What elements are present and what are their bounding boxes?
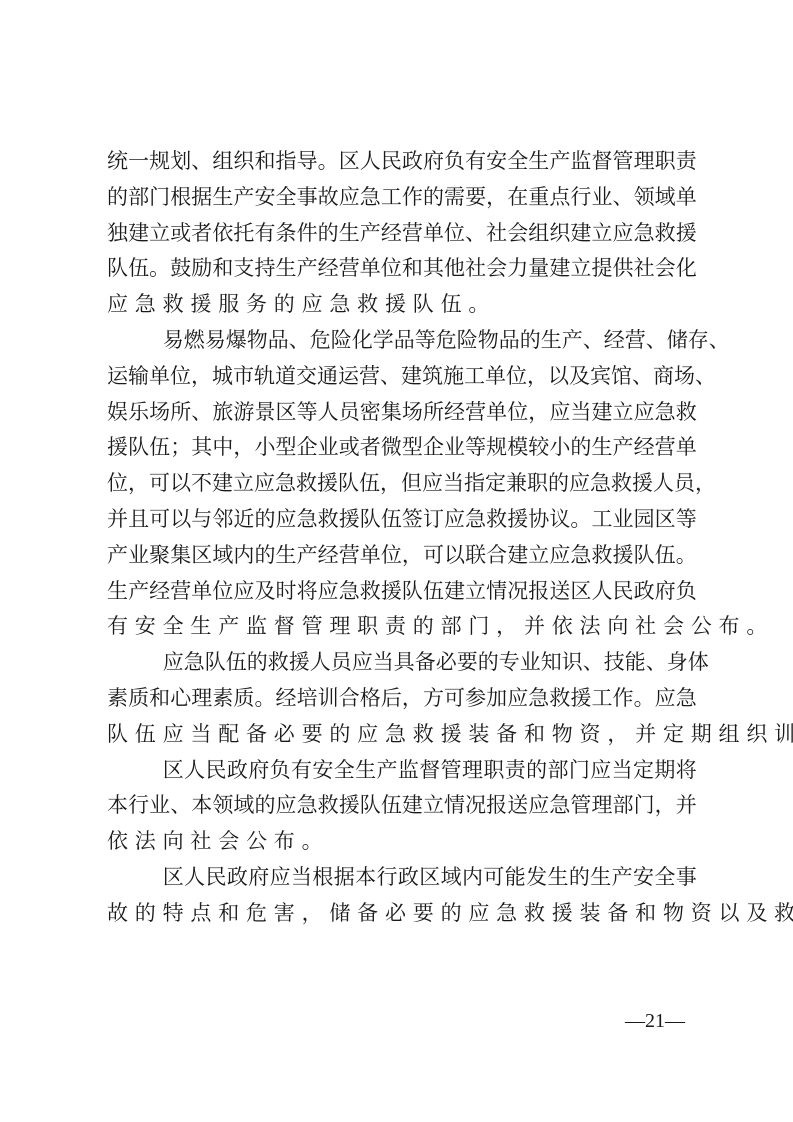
text-line: 队伍。鼓励和支持生产经营单位和其他社会力量建立提供社会化 bbox=[107, 251, 697, 287]
page-number: —21— bbox=[625, 1010, 685, 1033]
text-line: 素质和心理素质。经培训合格后，方可参加应急救援工作。应急 bbox=[107, 681, 697, 717]
paragraph: 易燃易爆物品、危险化学品等危险物品的生产、经营、储存、运输单位，城市轨道交通运营… bbox=[107, 323, 697, 645]
text-line: 并且可以与邻近的应急救援队伍签订应急救援协议。工业园区等 bbox=[107, 502, 697, 538]
text-line: 娱乐场所、旅游景区等人员密集场所经营单位，应当建立应急救 bbox=[107, 395, 697, 431]
text-line: 依法向社会公布。 bbox=[107, 824, 697, 860]
document-page: 统一规划、组织和指导。区人民政府负有安全生产监督管理职责的部门根据生产安全事故应… bbox=[107, 144, 697, 932]
text-line: 运输单位，城市轨道交通运营、建筑施工单位，以及宾馆、商场、 bbox=[107, 359, 697, 395]
text-line: 位，可以不建立应急救援队伍，但应当指定兼职的应急救援人员， bbox=[107, 466, 697, 502]
text-line: 本行业、本领域的应急救援队伍建立情况报送应急管理部门，并 bbox=[107, 788, 697, 824]
text-line: 生产经营单位应及时将应急救援队伍建立情况报送区人民政府负 bbox=[107, 574, 697, 610]
text-line: 统一规划、组织和指导。区人民政府负有安全生产监督管理职责 bbox=[107, 144, 697, 180]
text-line: 有安全生产监督管理职责的部门，并依法向社会公布。 bbox=[107, 609, 697, 645]
text-line: 队伍应当配备必要的应急救援装备和物资，并定期组织训练。 bbox=[107, 717, 697, 753]
text-line: 援队伍；其中，小型企业或者微型企业等规模较小的生产经营单 bbox=[107, 430, 697, 466]
paragraph: 区人民政府应当根据本行政区域内可能发生的生产安全事故的特点和危害，储备必要的应急… bbox=[107, 860, 697, 932]
text-line: 的部门根据生产安全事故应急工作的需要，在重点行业、领域单 bbox=[107, 180, 697, 216]
text-line: 区人民政府负有安全生产监督管理职责的部门应当定期将 bbox=[107, 753, 697, 789]
text-line: 故的特点和危害，储备必要的应急救援装备和物资以及救治药品 bbox=[107, 896, 697, 932]
text-line: 产业聚集区域内的生产经营单位，可以联合建立应急救援队伍。 bbox=[107, 538, 697, 574]
text-line: 区人民政府应当根据本行政区域内可能发生的生产安全事 bbox=[107, 860, 697, 896]
text-line: 独建立或者依托有条件的生产经营单位、社会组织建立应急救援 bbox=[107, 216, 697, 252]
paragraph: 区人民政府负有安全生产监督管理职责的部门应当定期将本行业、本领域的应急救援队伍建… bbox=[107, 753, 697, 860]
text-line: 易燃易爆物品、危险化学品等危险物品的生产、经营、储存、 bbox=[107, 323, 697, 359]
text-line: 应急救援服务的应急救援队伍。 bbox=[107, 287, 697, 323]
paragraph: 统一规划、组织和指导。区人民政府负有安全生产监督管理职责的部门根据生产安全事故应… bbox=[107, 144, 697, 323]
text-line: 应急队伍的救援人员应当具备必要的专业知识、技能、身体 bbox=[107, 645, 697, 681]
paragraph: 应急队伍的救援人员应当具备必要的专业知识、技能、身体素质和心理素质。经培训合格后… bbox=[107, 645, 697, 752]
